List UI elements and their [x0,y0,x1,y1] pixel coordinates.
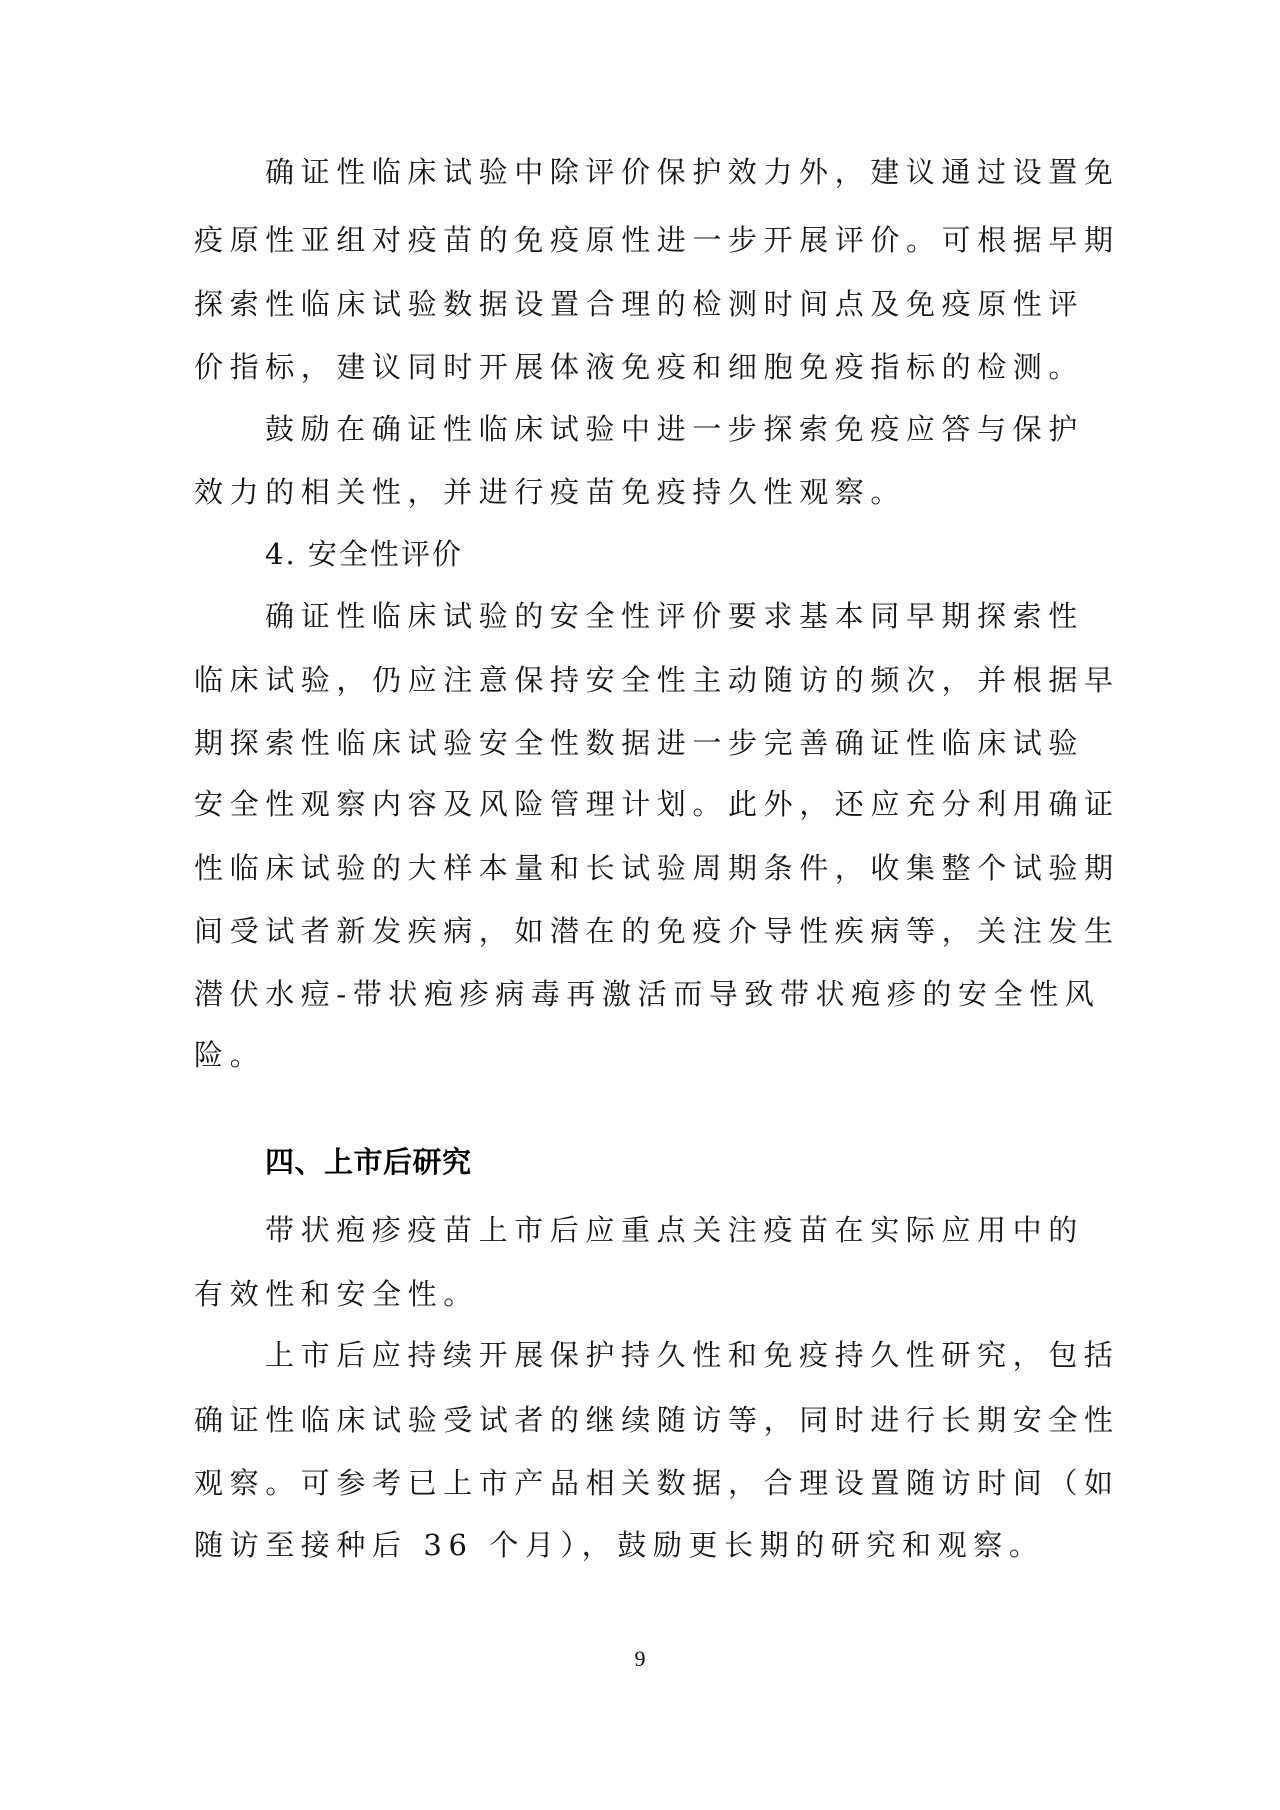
paragraph-5-line-4: 随访至接种后 36 个月），鼓励更长期的研究和观察。 [194,1525,1094,1565]
paragraph-3-line-3: 期探索性临床试验安全性数据进一步完善确证性临床试验 [194,723,1094,763]
document-page: 确证性临床试验中除评价保护效力外，建议通过设置免 疫原性亚组对疫苗的免疫原性进一… [0,0,1280,1810]
paragraph-2-line-1: 鼓励在确证性临床试验中进一步探索免疫应答与保护 [265,409,1165,449]
subsection-title-safety-evaluation: 4. 安全性评价 [265,534,1165,574]
paragraph-4-line-2: 有效性和安全性。 [194,1274,1094,1314]
paragraph-3-line-5: 性临床试验的大样本量和长试验周期条件，收集整个试验期 [194,848,1094,888]
paragraph-1-line-2: 疫原性亚组对疫苗的免疫原性进一步开展评价。可根据早期 [194,220,1094,260]
paragraph-5-line-2: 确证性临床试验受试者的继续随访等，同时进行长期安全性 [194,1400,1094,1440]
paragraph-3-line-8: 险。 [194,1035,1094,1075]
paragraph-3-line-6: 间受试者新发疾病，如潜在的免疫介导性疾病等，关注发生 [194,911,1094,951]
paragraph-1-line-3: 探索性临床试验数据设置合理的检测时间点及免疫原性评 [194,284,1094,324]
paragraph-2-line-2: 效力的相关性，并进行疫苗免疫持久性观察。 [194,472,1094,512]
paragraph-3-line-2: 临床试验，仍应注意保持安全性主动随访的频次，并根据早 [194,660,1094,700]
paragraph-3-line-7: 潜伏水痘-带状疱疹病毒再激活而导致带状疱疹的安全性风 [194,974,1094,1014]
paragraph-1-line-1: 确证性临床试验中除评价保护效力外，建议通过设置免 [265,152,1165,192]
paragraph-3-line-1: 确证性临床试验的安全性评价要求基本同早期探索性 [265,596,1165,636]
paragraph-3-line-4: 安全性观察内容及风险管理计划。此外，还应充分利用确证 [194,784,1094,824]
page-number: 9 [0,1646,1280,1672]
paragraph-4-line-1: 带状疱疹疫苗上市后应重点关注疫苗在实际应用中的 [265,1210,1165,1250]
paragraph-5-line-1: 上市后应持续开展保护持久性和免疫持久性研究，包括 [265,1335,1165,1375]
paragraph-1-line-4: 价指标，建议同时开展体液免疫和细胞免疫指标的检测。 [194,347,1094,387]
section-heading-post-marketing-research: 四、上市后研究 [265,1142,472,1182]
paragraph-5-line-3: 观察。可参考已上市产品相关数据，合理设置随访时间（如 [194,1463,1094,1503]
